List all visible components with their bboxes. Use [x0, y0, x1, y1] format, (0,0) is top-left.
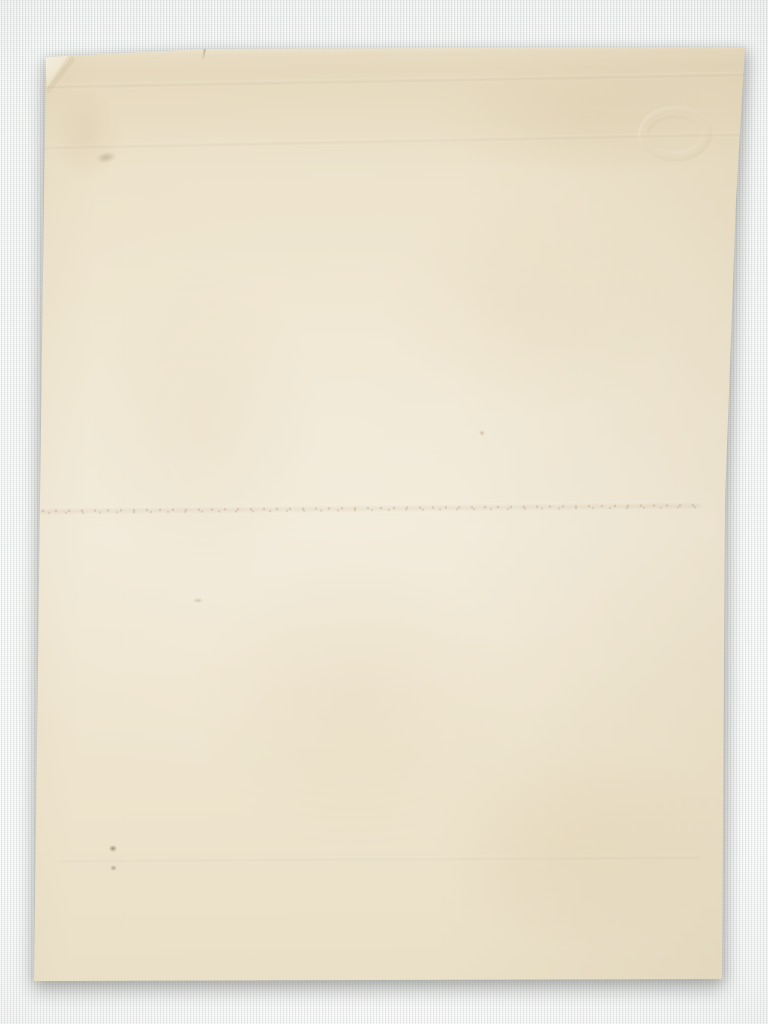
embossed-seal	[638, 106, 712, 162]
foxing-speck	[109, 845, 117, 852]
foxing-speck	[479, 430, 485, 436]
corner-toning-stain	[52, 88, 122, 183]
photo-blank-paper	[0, 0, 768, 1024]
paper-sheet	[0, 0, 768, 1024]
foxing-speck	[193, 598, 203, 603]
show-through-patch	[430, 740, 730, 950]
foxing-speck	[110, 865, 117, 871]
paper-shadow	[0, 0, 768, 1024]
show-through-patch	[90, 260, 320, 590]
show-through-patch	[380, 190, 670, 420]
